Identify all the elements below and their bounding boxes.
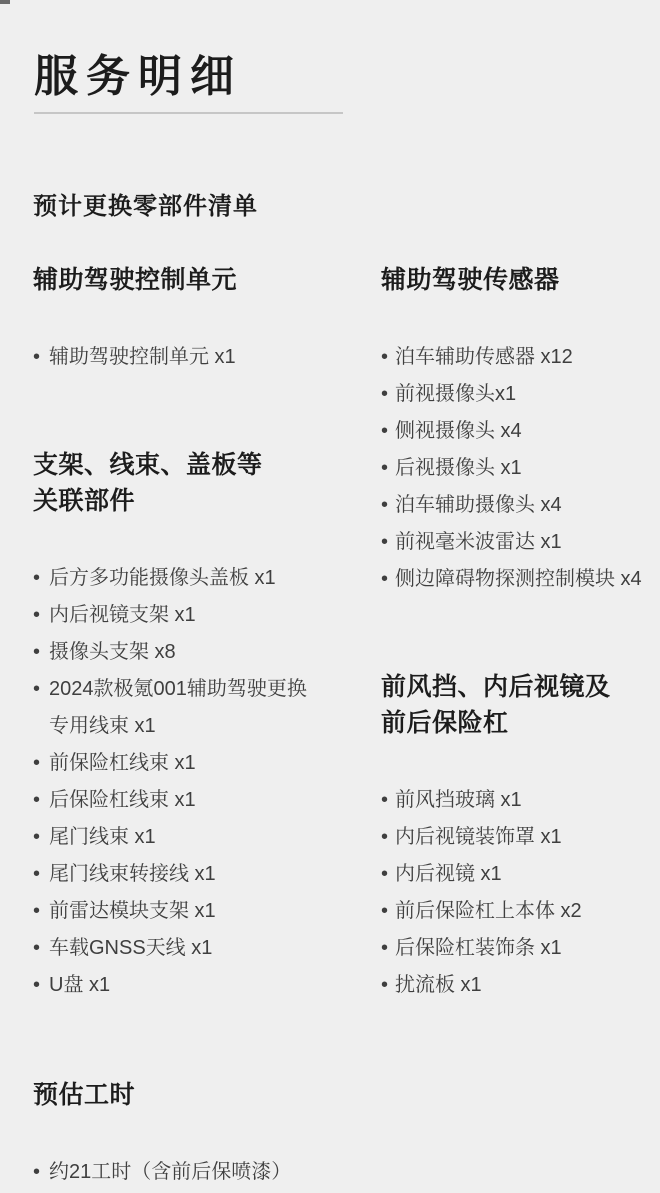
group-title-line: 辅助驾驶传感器 — [381, 262, 643, 298]
parts-item: 后保险杠装饰条 x1 — [381, 930, 643, 967]
parts-item: 后保险杠线束 x1 — [33, 782, 321, 819]
labor-item-list: 约21工时（含前后保喷漆） — [33, 1154, 453, 1191]
parts-item: 尾门线束 x1 — [33, 819, 321, 856]
parts-list-heading: 预计更换零部件清单 — [33, 190, 258, 224]
parts-item: 内后视镜装饰罩 x1 — [381, 819, 643, 856]
parts-group-sensors: 辅助驾驶传感器 泊车辅助传感器 x12 前视摄像头x1 侧视摄像头 x4 后视摄… — [381, 262, 643, 598]
screenshot-corner-artifact — [0, 0, 10, 4]
parts-item: 前视毫米波雷达 x1 — [381, 524, 643, 561]
labor-heading: 预估工时 — [33, 1077, 453, 1113]
section-divider — [34, 112, 343, 114]
parts-item-list: 泊车辅助传感器 x12 前视摄像头x1 侧视摄像头 x4 后视摄像头 x1 泊车… — [381, 339, 643, 598]
group-title: 前风挡、内后视镜及 前后保险杠 — [381, 669, 643, 741]
parts-item: 泊车辅助摄像头 x4 — [381, 487, 643, 524]
group-title-line: 支架、线束、盖板等 — [33, 447, 321, 483]
parts-group-brackets-harnesses: 支架、线束、盖板等 关联部件 后方多功能摄像头盖板 x1 内后视镜支架 x1 摄… — [33, 447, 321, 1004]
parts-item: 摄像头支架 x8 — [33, 634, 321, 671]
parts-group-control-unit: 辅助驾驶控制单元 辅助驾驶控制单元 x1 — [33, 262, 321, 376]
parts-item: 内后视镜支架 x1 — [33, 597, 321, 634]
group-title: 支架、线束、盖板等 关联部件 — [33, 447, 321, 519]
parts-item: 前后保险杠上本体 x2 — [381, 893, 643, 930]
page-title: 服务明细 — [34, 53, 242, 101]
labor-item: 约21工时（含前后保喷漆） — [33, 1154, 453, 1191]
parts-item: 辅助驾驶控制单元 x1 — [33, 339, 321, 376]
parts-column-left: 辅助驾驶控制单元 辅助驾驶控制单元 x1 支架、线束、盖板等 关联部件 后方多功… — [33, 262, 321, 1004]
parts-item-list: 辅助驾驶控制单元 x1 — [33, 339, 321, 376]
parts-item: 尾门线束转接线 x1 — [33, 856, 321, 893]
parts-item: 侧边障碍物探测控制模块 x4 — [381, 561, 643, 598]
parts-item-list: 前风挡玻璃 x1 内后视镜装饰罩 x1 内后视镜 x1 前后保险杠上本体 x2 … — [381, 782, 643, 1004]
parts-item: 前雷达模块支架 x1 — [33, 893, 321, 930]
parts-item: 内后视镜 x1 — [381, 856, 643, 893]
parts-item: 后方多功能摄像头盖板 x1 — [33, 560, 321, 597]
parts-item: 前风挡玻璃 x1 — [381, 782, 643, 819]
parts-group-windshield-bumpers: 前风挡、内后视镜及 前后保险杠 前风挡玻璃 x1 内后视镜装饰罩 x1 内后视镜… — [381, 669, 643, 1004]
group-title-line: 前后保险杠 — [381, 705, 643, 741]
parts-item: 前视摄像头x1 — [381, 376, 643, 413]
parts-column-right: 辅助驾驶传感器 泊车辅助传感器 x12 前视摄像头x1 侧视摄像头 x4 后视摄… — [381, 262, 643, 1004]
parts-item: 前保险杠线束 x1 — [33, 745, 321, 782]
group-title: 辅助驾驶传感器 — [381, 262, 643, 298]
group-title-line: 关联部件 — [33, 483, 321, 519]
parts-item: 扰流板 x1 — [381, 967, 643, 1004]
parts-item: 侧视摄像头 x4 — [381, 413, 643, 450]
parts-item: 车载GNSS天线 x1 — [33, 930, 321, 967]
parts-item: 2024款极氪001辅助驾驶更换专用线束 x1 — [33, 671, 321, 745]
group-title-line: 辅助驾驶控制单元 — [33, 262, 321, 298]
parts-item: 泊车辅助传感器 x12 — [381, 339, 643, 376]
parts-item: 后视摄像头 x1 — [381, 450, 643, 487]
group-title-line: 前风挡、内后视镜及 — [381, 669, 643, 705]
parts-item-list: 后方多功能摄像头盖板 x1 内后视镜支架 x1 摄像头支架 x8 2024款极氪… — [33, 560, 321, 1004]
parts-item: U盘 x1 — [33, 967, 321, 1004]
group-title: 辅助驾驶控制单元 — [33, 262, 321, 298]
labor-section: 预估工时 约21工时（含前后保喷漆） — [33, 1077, 453, 1191]
